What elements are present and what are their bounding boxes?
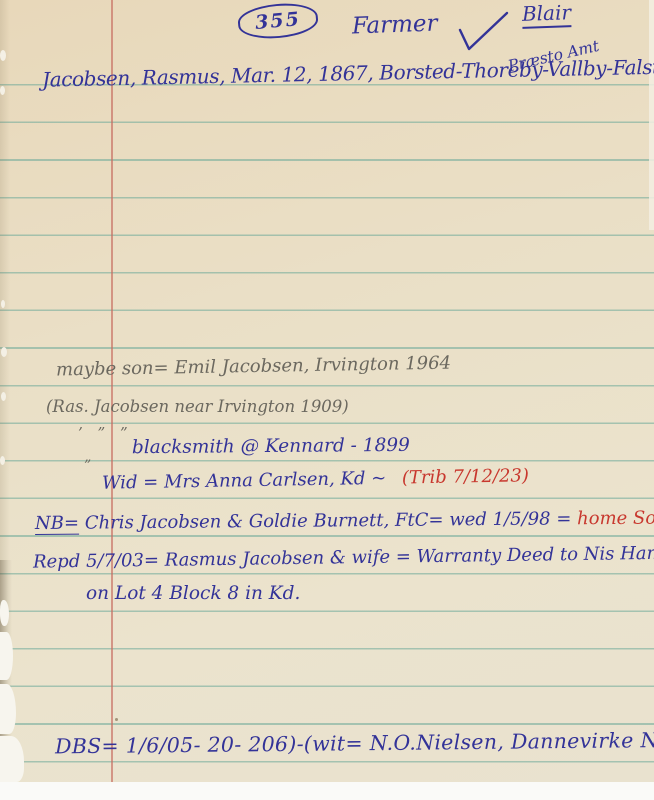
torn-edge — [0, 632, 13, 680]
ditto-marks: ” — [84, 458, 91, 474]
occupation-label: Farmer — [352, 11, 438, 40]
binding-mark — [1, 300, 5, 308]
note-blue-segment: Chris Jacobsen & Goldie Burnett, FtC= we… — [79, 508, 571, 533]
scanned-ledger-page: 355 Farmer Blair Præsto Amt Jacobsen, Ra… — [0, 0, 654, 800]
binding-mark — [0, 86, 5, 95]
note-line: (Ras. Jacobsen near Irvington 1909) — [46, 397, 349, 416]
paper-speck — [115, 718, 118, 721]
nb-prefix: NB= — [35, 513, 79, 535]
torn-edge — [0, 600, 9, 626]
margin-line — [111, 0, 113, 782]
check-mark-icon — [452, 8, 512, 54]
record-number: 355 — [254, 8, 301, 34]
binding-mark — [1, 347, 7, 357]
binding-mark — [0, 50, 6, 61]
binding-mark — [0, 456, 5, 465]
place-label: Blair — [522, 0, 572, 29]
note-line: blacksmith @ Kennard - 1899 — [132, 435, 410, 458]
note-red-segment: (Trib 7/12/23) — [402, 465, 529, 488]
note-line: on Lot 4 Block 8 in Kd. — [86, 583, 300, 604]
binding-mark — [1, 392, 6, 401]
ditto-marks: ’ ” ” — [78, 424, 133, 442]
paper-background — [0, 0, 654, 782]
note-red-segment: home So Omaha — [577, 507, 654, 529]
left-edge-shadow — [0, 0, 10, 560]
right-edge-strip — [649, 0, 654, 230]
